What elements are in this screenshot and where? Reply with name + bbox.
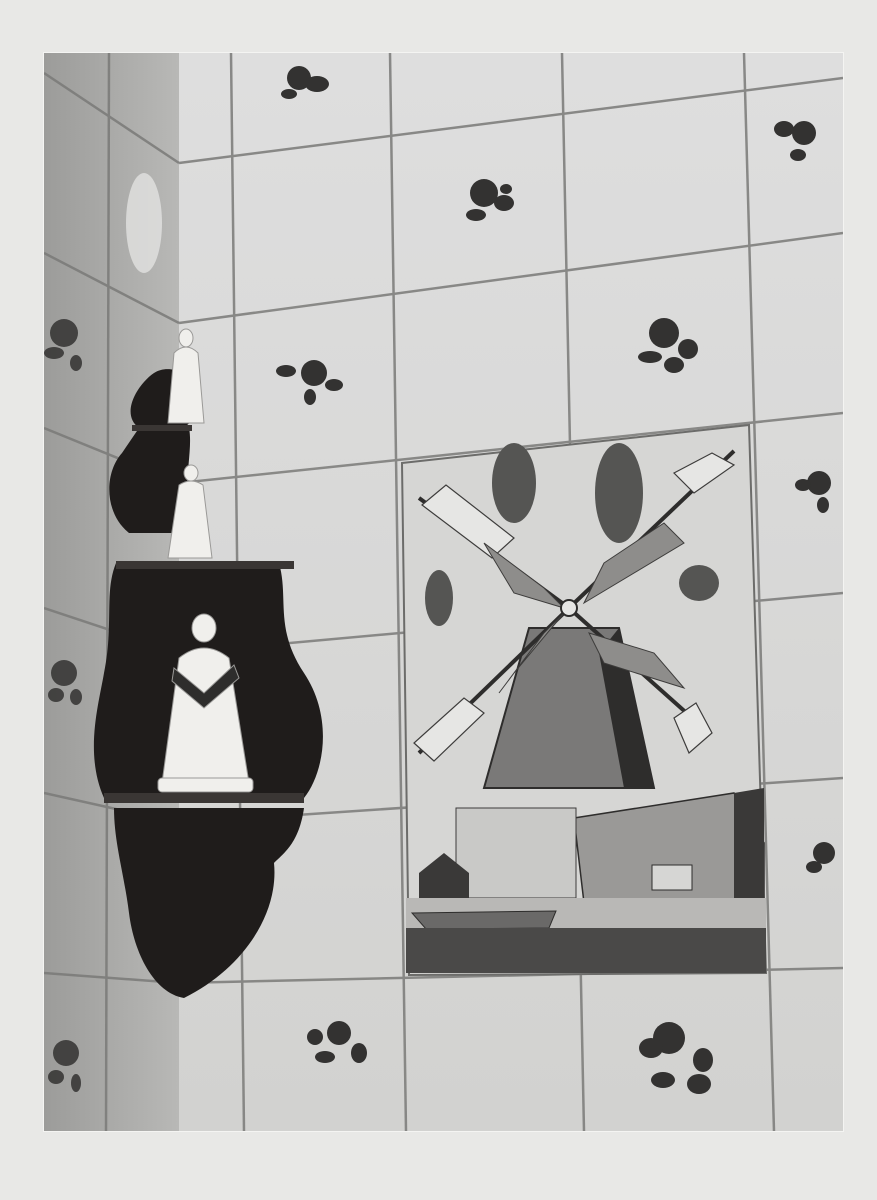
tile-wall-scene — [44, 53, 843, 1131]
windmill-panel — [402, 425, 766, 975]
mount-border — [0, 0, 877, 1200]
photograph — [43, 52, 844, 1132]
